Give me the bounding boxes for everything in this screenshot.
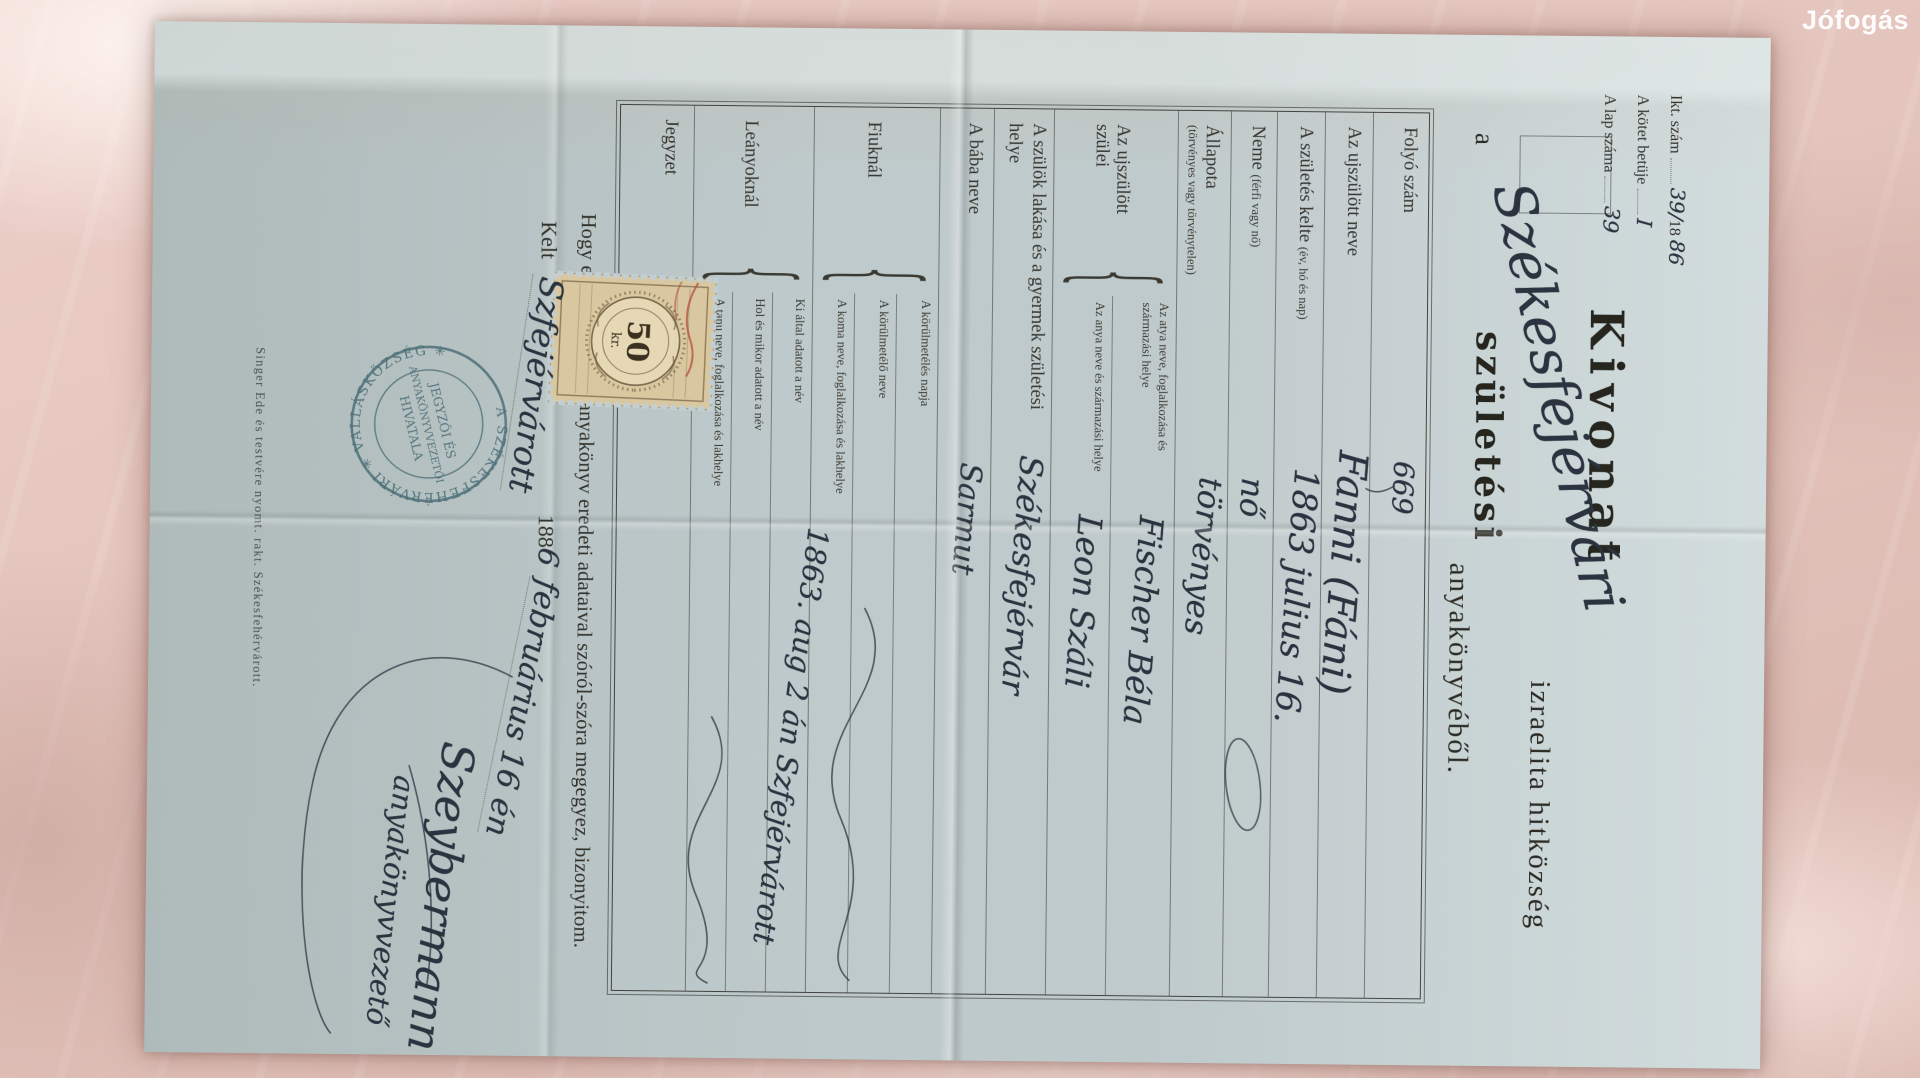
fiuknal-subrows: A körülmetélés napja A körülmetélő neve … [806, 293, 938, 993]
title-line3: anyakönyvéből. [1440, 563, 1475, 776]
photo-background: Ikt. szám 39/18 86 A kötet betüje I A la… [0, 0, 1920, 1078]
handwritten-entry-neme: nő [1232, 476, 1272, 518]
revenue-stamp-value: 50 [619, 320, 656, 363]
subrow-label: A körülmetélő neve [853, 293, 896, 508]
brace-icon: { [1053, 259, 1176, 296]
subrow-label: A koma neve, foglalkozása és lakhelye [811, 293, 854, 508]
ikt-szam-year-printed: 18 [1666, 220, 1683, 236]
group-label: Az ujszülött szülei [1053, 109, 1178, 260]
kelt-line: Kelt Szfejérvárott 1886 februárius 16 én [526, 221, 572, 842]
szulei-subrows: Az atya neve, foglalkozása és származási… [1045, 295, 1175, 995]
title-line3-bold: születési [1466, 331, 1510, 544]
row-label-text: Neme [1248, 126, 1268, 170]
row-label: Folyó szám [1371, 113, 1429, 444]
row-label: A bába neve [937, 108, 993, 439]
handwritten-entry-allapota: törvényes [1177, 476, 1230, 637]
registrar-round-stamp: A SZÉKESFEHÉRVÁRI ✳ VALLÁSKÖZSÉG ✳ JEGYZ… [346, 341, 512, 507]
group-label: Fiuknál [813, 107, 940, 258]
ikt-szam-label: Ikt. szám [1667, 95, 1685, 154]
table-row-folyo-szam: Folyó szám 669 [1364, 113, 1429, 999]
title-article: a [1469, 133, 1500, 145]
subrow: A körülmetélés napja [889, 294, 938, 993]
document-page: Ikt. szám 39/18 86 A kötet betüje I A la… [144, 21, 1771, 1069]
table-row-nev: Az ujszülött neve Fanni (Fáni) [1316, 112, 1373, 997]
row-label-small: (törvényes vagy törvénytelen) [1181, 125, 1200, 435]
row-label: Az ujszülött neve [1323, 112, 1373, 442]
kotet-value-handwritten: I [1632, 217, 1657, 227]
subrow-anya: Az anya neve és származási helye Leon Sz… [1045, 295, 1111, 995]
row-label: Neme (férfi vagy nő) [1229, 111, 1277, 441]
row-label-small: (férfi vagy nő) [1249, 174, 1264, 247]
subrow-label: A körülmetélés napja [895, 294, 938, 509]
subrow-entry: Leon Száli [1045, 510, 1109, 995]
subrow-label: Ki által adatott a név [771, 293, 812, 508]
table-row-allapota: Állapota (törvényes vagy törvénytelen) t… [1168, 111, 1231, 997]
row-entry: 1863 julius 16. [1269, 442, 1322, 997]
row-entry: Fanni (Fáni) [1317, 442, 1370, 997]
ikt-szam-year-handwritten: 86 [1664, 239, 1690, 266]
revenue-stamp: 50 kr. [547, 270, 719, 411]
subrow-atya: Az atya neve, foglalkozása és származási… [1104, 296, 1175, 996]
table-row-kelte: A születés kelte (év, hó és nap) 1863 ju… [1268, 112, 1325, 997]
signature-block: Szeybermann anyakönyvvezető [385, 742, 485, 1054]
row-label: A szülök lakása és a gyermek születési h… [991, 109, 1053, 440]
table-row-szulei: Az ujszülött szülei { Az atya neve, fogl… [1044, 109, 1177, 995]
registry-table: Folyó szám 669 Az ujszülött neve Fanni (… [611, 104, 1430, 999]
kelt-label: Kelt [536, 221, 561, 259]
group-label: Leányoknál [693, 106, 814, 257]
printer-imprint: Singer Ede és testvére nyomt. rakt. Szék… [249, 347, 268, 688]
handwritten-entry-anya: Leon Száli [1057, 514, 1110, 690]
row-label: A születés kelte (év, hó és nap) [1275, 112, 1325, 442]
ikt-szam-value-handwritten: 39/ [1664, 187, 1690, 221]
row-label-text: A születés kelte [1295, 126, 1316, 242]
row-label-text: Állapota [1197, 125, 1223, 435]
kotet-row: A kötet betüje I [1631, 95, 1657, 266]
row-entry: Székesfejérvár [985, 439, 1050, 995]
kelt-year-handwritten: 6 [530, 545, 567, 569]
row-label-small: (év, hó és nap) [1296, 247, 1311, 320]
revenue-stamp-graphic: 50 kr. [547, 270, 719, 411]
row-entry: 669 [1365, 443, 1426, 999]
kotet-label: A kötet betüje [1633, 95, 1651, 185]
brace-icon: { [813, 257, 938, 294]
table-row-leanyoknal: Leányoknál { Ki által adatott a név Hol … [685, 106, 814, 992]
subrow: A körülmetélő neve [847, 293, 896, 992]
kelt-year-printed: 188 [533, 515, 558, 548]
dotted-rule [1670, 158, 1682, 184]
handwritten-entry-folyo-szam: 669 [1385, 460, 1420, 515]
kelt-date-handwritten: februárius 16 én [477, 577, 566, 840]
document-paper: Ikt. szám 39/18 86 A kötet betüje I A la… [144, 21, 1771, 1069]
row-label: Állapota (törvényes vagy törvénytelen) [1175, 111, 1231, 442]
table-row-jegyzet: Jegyzet [612, 105, 694, 991]
subrow-label: Hol és mikor adatott a név [731, 292, 772, 507]
row-entry: Sarmut [932, 438, 991, 994]
row-entry: törvényes [1169, 441, 1228, 997]
subrow-label: Az anya neve és származási helye [1050, 295, 1111, 511]
title-line2: izraelita hitközség [1520, 680, 1556, 930]
subrow-entry: Fischer Béla [1105, 511, 1173, 996]
handwritten-entry-lakasa: Székesfejérvár [993, 454, 1050, 696]
round-stamp-graphic: A SZÉKESFEHÉRVÁRI ✳ VALLÁSKÖZSÉG ✳ JEGYZ… [346, 341, 512, 507]
table-row-lakasa: A szülök lakása és a gyermek születési h… [984, 109, 1053, 995]
revenue-stamp-unit: kr. [607, 332, 623, 349]
ikt-szam-row: Ikt. szám 39/18 86 [1664, 95, 1690, 266]
handwritten-entry-atya: Fischer Béla [1115, 514, 1171, 726]
table-row-baba: A bába neve Sarmut [931, 108, 994, 994]
subrow-label: Az atya neve, foglalkozása és származási… [1110, 296, 1175, 512]
jofogas-watermark: Jófogás [1802, 5, 1909, 36]
row-entry [612, 435, 691, 991]
handwritten-entry-baba: Sarmut [944, 461, 988, 576]
table-row-neme: Neme (férfi vagy nő) nő [1222, 111, 1277, 996]
dotted-rule [1637, 188, 1649, 214]
